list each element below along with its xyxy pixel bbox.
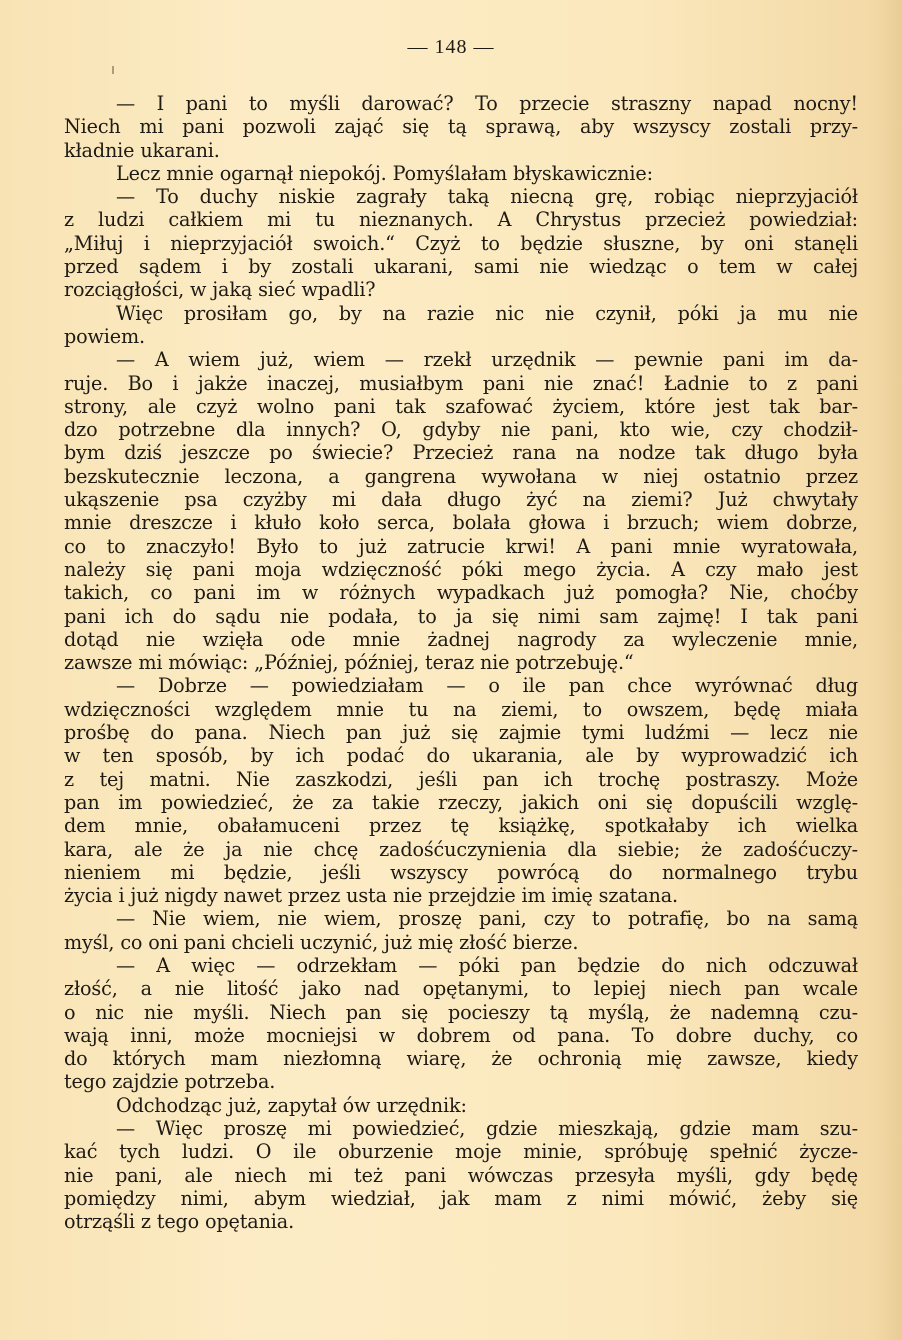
text-line: dzo potrzebne dla innych? O, gdyby nie p… <box>64 418 858 441</box>
paragraph: — To duchy niskie zagrały taką niecną gr… <box>64 185 858 301</box>
text-line: złość, a nie litość jako nad opętanymi, … <box>64 977 858 1000</box>
text-line: — To duchy niskie zagrały taką niecną gr… <box>64 185 858 208</box>
text-line: przed sądem i by zostali ukarani, sami n… <box>64 255 858 278</box>
text-line: myśl, co oni pani chcieli uczynić, już m… <box>64 931 858 954</box>
text-line: pan im powiedzieć, że za takie rzeczy, j… <box>64 791 858 814</box>
text-line: do których mam niezłomną wiarę, że ochro… <box>64 1047 858 1070</box>
text-line: bym dziś jeszcze po świecie? Przecież ra… <box>64 441 858 464</box>
print-speck <box>112 66 114 74</box>
text-line: o nic nie myśli. Niech pan się pocieszy … <box>64 1001 858 1024</box>
text-line: — Dobrze — powiedziałam — o ile pan chce… <box>64 674 858 697</box>
text-line: — Więc proszę mi powiedzieć, gdzie miesz… <box>64 1117 858 1140</box>
text-line: ruje. Bo i jakże inaczej, musiałbym pani… <box>64 372 858 395</box>
text-line: w ten sposób, by ich podać do ukarania, … <box>64 744 858 767</box>
text-line: nieniem mi będzie, jeśli wszyscy powrócą… <box>64 861 858 884</box>
text-line: ukąszenie psa czyżby mi dała długo żyć n… <box>64 488 858 511</box>
text-line: rozciągłości, w jaką sieć wpadli? <box>64 278 858 301</box>
body-text: — I pani to myśli darować? To przecie st… <box>64 92 858 1234</box>
text-line: Lecz mnie ogarnął niepokój. Pomyślałam b… <box>64 162 858 185</box>
text-line: Odchodząc już, zapytał ów urzędnik: <box>64 1094 858 1117</box>
text-line: — A wiem już, wiem — rzekł urzędnik — pe… <box>64 348 858 371</box>
text-line: pomiędzy nimi, abym wiedział, jak mam z … <box>64 1187 858 1210</box>
text-line: kać tych ludzi. O ile oburzenie moje min… <box>64 1140 858 1163</box>
paragraph: Lecz mnie ogarnął niepokój. Pomyślałam b… <box>64 162 858 185</box>
page-number: — 148 — <box>0 36 902 59</box>
text-line: nie pani, ale niech mi też pani wówczas … <box>64 1164 858 1187</box>
text-line: bezskutecznie leczona, a gangrena wywoła… <box>64 465 858 488</box>
text-line: — I pani to myśli darować? To przecie st… <box>64 92 858 115</box>
paragraph: — I pani to myśli darować? To przecie st… <box>64 92 858 162</box>
text-line: „Miłuj i nieprzyjaciół swoich.“ Czyż to … <box>64 232 858 255</box>
text-line: kładnie ukarani. <box>64 139 858 162</box>
paragraph: — A wiem już, wiem — rzekł urzędnik — pe… <box>64 348 858 674</box>
paragraph: — Nie wiem, nie wiem, proszę pani, czy t… <box>64 907 858 954</box>
text-line: dotąd nie wzięła ode mnie żadnej nagrody… <box>64 628 858 651</box>
text-line: wdzięczności względem mnie tu na ziemi, … <box>64 698 858 721</box>
text-line: zawsze mi mówiąc: „Później, później, ter… <box>64 651 858 674</box>
text-line: pani ich do sądu nie podała, to ja się n… <box>64 605 858 628</box>
paragraph: — Dobrze — powiedziałam — o ile pan chce… <box>64 674 858 907</box>
text-line: tego zajdzie potrzeba. <box>64 1070 858 1093</box>
text-line: powiem. <box>64 325 858 348</box>
text-line: z ludzi całkiem mi tu nieznanych. A Chry… <box>64 208 858 231</box>
text-line: należy się pani moja wdzięczność póki me… <box>64 558 858 581</box>
text-line: dem mnie, obałamuceni przez tę książkę, … <box>64 814 858 837</box>
text-line: życia i już nigdy nawet przez usta nie p… <box>64 884 858 907</box>
text-line: takich, co pani im w różnych wypadkach j… <box>64 581 858 604</box>
paragraph: Więc prosiłam go, by na razie nic nie cz… <box>64 302 858 349</box>
paragraph: Odchodząc już, zapytał ów urzędnik: <box>64 1094 858 1117</box>
paragraph: — Więc proszę mi powiedzieć, gdzie miesz… <box>64 1117 858 1233</box>
text-line: — A więc — odrzekłam — póki pan będzie d… <box>64 954 858 977</box>
text-line: strony, ale czyż wolno pani tak szafować… <box>64 395 858 418</box>
text-line: — Nie wiem, nie wiem, proszę pani, czy t… <box>64 907 858 930</box>
text-line: wają inni, może mocniejsi w dobrem od pa… <box>64 1024 858 1047</box>
text-line: Niech mi pani pozwoli zająć się tą spraw… <box>64 115 858 138</box>
text-line: z tej matni. Nie zaszkodzi, jeśli pan ic… <box>64 768 858 791</box>
text-line: mnie dreszcze i kłuło koło serca, bolała… <box>64 511 858 534</box>
text-line: prośbę do pana. Niech pan już się zajmie… <box>64 721 858 744</box>
paragraph: — A więc — odrzekłam — póki pan będzie d… <box>64 954 858 1094</box>
text-line: Więc prosiłam go, by na razie nic nie cz… <box>64 302 858 325</box>
text-line: co to znaczyło! Było to już zatrucie krw… <box>64 535 858 558</box>
text-line: otrząśli z tego opętania. <box>64 1210 858 1233</box>
text-line: kara, ale że ja nie chcę zadośćuczynieni… <box>64 838 858 861</box>
